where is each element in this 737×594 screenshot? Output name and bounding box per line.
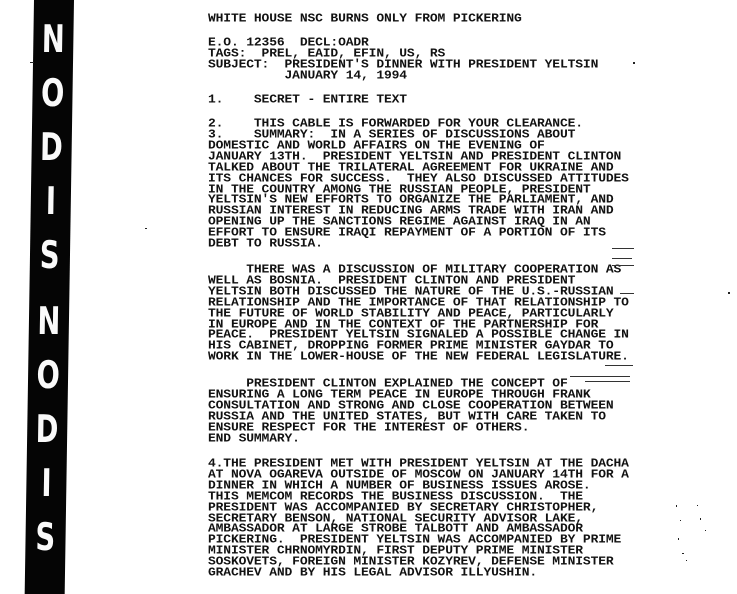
scan-speck <box>680 520 681 521</box>
scan-speck <box>700 518 701 520</box>
scan-speck <box>686 560 687 561</box>
document-line: GRACHEV AND BY HIS LEGAL ADVISOR ILLYUSH… <box>208 567 537 578</box>
scan-artifact <box>620 293 634 294</box>
scan-speck <box>728 292 730 294</box>
scan-speck <box>676 505 677 507</box>
scan-artifact <box>612 248 634 249</box>
scan-artifact <box>585 381 630 382</box>
scan-speck <box>697 505 698 506</box>
routing-line: WHITE HOUSE NSC BURNS ONLY FROM PICKERIN… <box>208 13 522 24</box>
document-line: WORK IN THE LOWER-HOUSE OF THE NEW FEDER… <box>208 351 629 362</box>
scan-artifact <box>612 265 634 266</box>
scan-speck <box>30 62 34 63</box>
scan-speck <box>682 553 684 554</box>
paragraph-1: 1. SECRET - ENTIRE TEXT <box>208 94 407 105</box>
scan-artifact <box>612 258 632 259</box>
cable-document: ​ WHITE HOUSE NSC BURNS ONLY FROM PICKER… <box>0 0 737 594</box>
subject-date-line: JANUARY 14, 1994 <box>208 70 407 81</box>
cutoff-header-line: ​ <box>208 0 628 2</box>
scan-speck <box>678 538 679 540</box>
scan-artifact <box>570 376 630 377</box>
document-line: END SUMMARY. <box>208 433 300 444</box>
scan-speck <box>633 62 635 64</box>
scan-artifact <box>605 365 633 366</box>
scan-speck <box>145 228 147 229</box>
scan-speck <box>705 530 706 531</box>
document-line: DEBT TO RUSSIA. <box>208 238 323 249</box>
